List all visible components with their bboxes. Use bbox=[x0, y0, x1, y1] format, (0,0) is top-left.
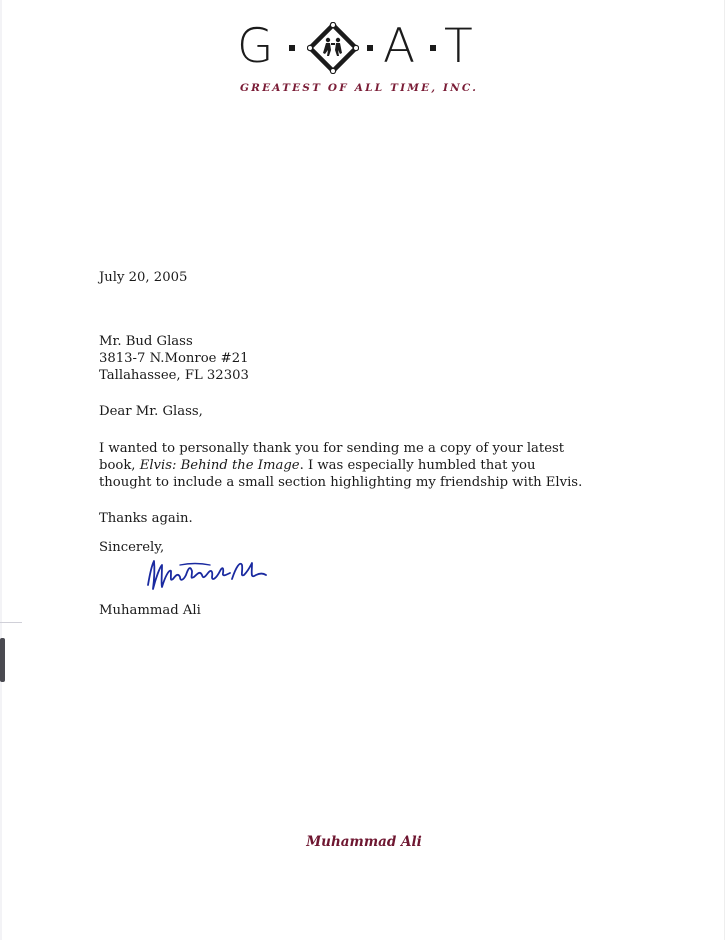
page-edge bbox=[0, 0, 2, 940]
logo-letter-g: G bbox=[237, 22, 273, 72]
body-text: book, bbox=[99, 458, 140, 473]
book-title: Elvis: Behind the Image bbox=[140, 458, 300, 473]
scan-artifact bbox=[0, 638, 5, 682]
recipient-name: Mr. Bud Glass bbox=[99, 334, 193, 350]
logo-dot bbox=[367, 45, 373, 51]
goat-logo: G A T bbox=[237, 22, 477, 78]
footer-name: Muhammad Ali bbox=[0, 834, 728, 850]
signer-name: Muhammad Ali bbox=[99, 603, 201, 619]
fold-crease bbox=[0, 622, 22, 623]
logo-dot bbox=[430, 45, 436, 51]
logo-letter-a: A bbox=[383, 22, 415, 72]
body-text: . I was especially humbled that you bbox=[300, 458, 536, 473]
boxers-diamond-icon bbox=[307, 22, 359, 74]
company-tagline: GREATEST OF ALL TIME, INC. bbox=[240, 82, 478, 94]
thanks-line: Thanks again. bbox=[99, 511, 193, 527]
body-line: thought to include a small section highl… bbox=[99, 475, 582, 491]
letter-date: July 20, 2005 bbox=[99, 270, 187, 286]
page-edge bbox=[724, 0, 725, 940]
logo-letter-t: T bbox=[444, 22, 473, 72]
salutation: Dear Mr. Glass, bbox=[99, 404, 203, 420]
recipient-street: 3813-7 N.Monroe #21 bbox=[99, 351, 249, 367]
recipient-city: Tallahassee, FL 32303 bbox=[99, 368, 249, 384]
body-line: book, Elvis: Behind the Image. I was esp… bbox=[99, 458, 535, 474]
logo-dot bbox=[289, 45, 295, 51]
body-line: I wanted to personally thank you for sen… bbox=[99, 441, 564, 457]
handwritten-signature bbox=[140, 551, 270, 599]
